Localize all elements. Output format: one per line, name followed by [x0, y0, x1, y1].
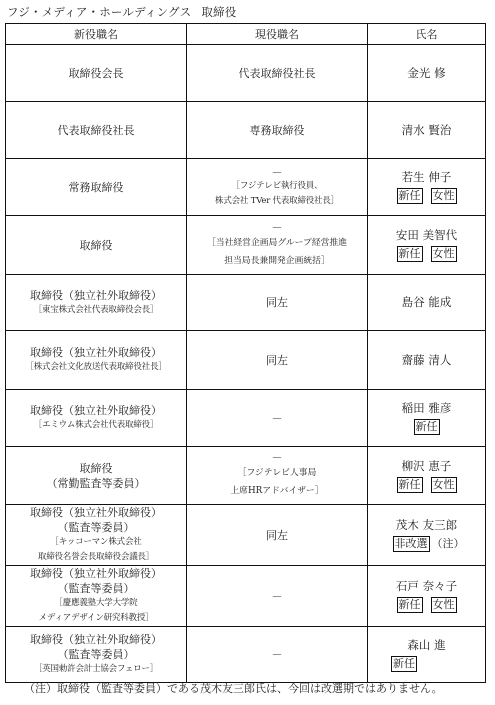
new-title-note: ［慶應義塾大学大学院 [6, 596, 186, 611]
new-title-cell: 取締役（独立社外取締役） （監査等委員） ［英国勅許会計士協会フェロー］ [6, 627, 187, 683]
new-appointment-badge: 新任 [397, 597, 423, 613]
footnote: （注）取締役（監査等委員）である茂木友三郎氏は、今回は改選期ではありません。 [24, 680, 443, 696]
new-title-note: ［株式会社文化放送代表取締役社長］ [6, 360, 186, 375]
female-badge: 女性 [431, 477, 457, 493]
badge-group: 新任女性 [368, 245, 485, 263]
name-cell: 石戸 奈々子 新任女性 [368, 566, 486, 627]
badge-group: 非改選（注） [368, 535, 485, 553]
current-title: 同左 [187, 353, 367, 368]
new-title: （監査等委員） [6, 581, 186, 596]
badge-group: 新任 [368, 655, 485, 673]
current-title: － [187, 221, 367, 234]
current-title-note: 株式会社 TVer 代表取締役社長］ [187, 194, 367, 209]
person-name: 若生 伸子 [368, 169, 485, 186]
header-current-title: 現役職名 [187, 24, 368, 45]
new-title-cell: 取締役会長 [6, 45, 187, 102]
person-name: 柳沢 恵子 [368, 458, 485, 475]
new-title-cell: 代表取締役社長 [6, 102, 187, 159]
current-title: － [187, 647, 367, 662]
badge-group: 新任女性 [368, 187, 485, 205]
new-appointment-badge: 新任 [391, 656, 417, 672]
current-title-cell: － [187, 390, 368, 447]
new-title: 取締役 [6, 238, 186, 253]
name-cell: 安田 美智代 新任女性 [368, 216, 486, 275]
current-title-cell: － ［フジテレビ執行役員、 株式会社 TVer 代表取締役社長］ [187, 159, 368, 216]
current-title-cell: 代表取締役社長 [187, 45, 368, 102]
current-title-note: 担当局長兼開発企画統括］ [187, 252, 367, 270]
new-title: 取締役（独立社外取締役） [6, 505, 186, 520]
name-cell: 島谷 能成 [368, 275, 486, 331]
header-new-title: 新役職名 [6, 24, 187, 45]
badge-group: 新任女性 [368, 476, 485, 494]
table-row: 取締役（独立社外取締役） （監査等委員） ［慶應義塾大学大学院 メディアデザイン… [6, 566, 486, 627]
header-name: 氏名 [368, 24, 486, 45]
new-title-cell: 取締役（独立社外取締役） （監査等委員） ［キッコーマン株式会社 取締役名誉会長… [6, 505, 187, 566]
table-row: 取締役会長 代表取締役社長 金光 修 [6, 45, 486, 102]
person-name: 齋藤 清人 [368, 352, 485, 369]
new-title-note: ［英国勅許会計士協会フェロー］ [6, 662, 186, 677]
new-appointment-badge: 新任 [414, 419, 440, 435]
name-cell: 清水 賢治 [368, 102, 486, 159]
current-title-cell: － ［フジテレビ人事局 上席HRアドバイザー］ [187, 447, 368, 505]
new-appointment-badge: 新任 [397, 477, 423, 493]
note-reference: （注） [432, 537, 465, 550]
current-title-note: 上席HRアドバイザー］ [187, 482, 367, 500]
new-title: （常勤監査等委員） [6, 476, 186, 491]
new-title-note: 取締役名誉会長取締役会議長］ [6, 550, 186, 565]
name-cell: 森山 進 新任 [368, 627, 486, 683]
new-title: 代表取締役社長 [6, 123, 186, 138]
current-title-cell: 同左 [187, 275, 368, 331]
table-row: 取締役（独立社外取締役） ［東宝株式会社代表取締役会長］ 同左 島谷 能成 [6, 275, 486, 331]
female-badge: 女性 [431, 188, 457, 204]
new-title-cell: 取締役（独立社外取締役） ［エミウム株式会社代表取締役］ [6, 390, 187, 447]
current-title-cell: 同左 [187, 331, 368, 390]
name-cell: 茂木 友三郎 非改選（注） [368, 505, 486, 566]
table-row: 取締役（独立社外取締役） （監査等委員） ［キッコーマン株式会社 取締役名誉会長… [6, 505, 486, 566]
table-row: 取締役（独立社外取締役） ［エミウム株式会社代表取締役］ － 稲田 雅彦 新任 [6, 390, 486, 447]
current-title: 同左 [187, 528, 367, 543]
new-title-note: ［キッコーマン株式会社 [6, 535, 186, 550]
name-cell: 柳沢 恵子 新任女性 [368, 447, 486, 505]
table-row: 取締役 （常勤監査等委員） － ［フジテレビ人事局 上席HRアドバイザー］ 柳沢… [6, 447, 486, 505]
current-title-cell: 同左 [187, 505, 368, 566]
new-title: 取締役（独立社外取締役） [6, 288, 186, 303]
current-title: 専務取締役 [187, 123, 367, 138]
name-cell: 金光 修 [368, 45, 486, 102]
current-title: － [187, 166, 367, 179]
new-title: （監査等委員） [6, 520, 186, 535]
table-row: 代表取締役社長 専務取締役 清水 賢治 [6, 102, 486, 159]
new-title-cell: 取締役（独立社外取締役） （監査等委員） ［慶應義塾大学大学院 メディアデザイン… [6, 566, 187, 627]
new-title: 取締役会長 [6, 66, 186, 81]
new-title-cell: 取締役（独立社外取締役） ［株式会社文化放送代表取締役社長］ [6, 331, 187, 390]
current-title-cell: － [187, 566, 368, 627]
new-title-note: メディアデザイン研究科教授］ [6, 611, 186, 626]
section-name: 取締役 [201, 5, 236, 19]
female-badge: 女性 [431, 597, 457, 613]
name-cell: 若生 伸子 新任女性 [368, 159, 486, 216]
table-row: 取締役（独立社外取締役） （監査等委員） ［英国勅許会計士協会フェロー］ － 森… [6, 627, 486, 683]
not-up-for-reelection-badge: 非改選 [393, 536, 430, 552]
name-cell: 齋藤 清人 [368, 331, 486, 390]
new-appointment-badge: 新任 [397, 246, 423, 262]
person-name: 石戸 奈々子 [368, 578, 485, 595]
current-title-note: ［フジテレビ執行役員、 [187, 179, 367, 194]
new-title: 常務取締役 [6, 180, 186, 195]
new-title-cell: 取締役 （常勤監査等委員） [6, 447, 187, 505]
table-row: 常務取締役 － ［フジテレビ執行役員、 株式会社 TVer 代表取締役社長］ 若… [6, 159, 486, 216]
person-name: 金光 修 [368, 65, 485, 82]
person-name: 森山 進 [368, 637, 485, 654]
badge-group: 新任女性 [368, 596, 485, 614]
current-title-cell: － ［当社経営企画局グループ経営推進 担当局長兼開発企画統括］ [187, 216, 368, 275]
current-title: － [187, 451, 367, 464]
table-row: 取締役 － ［当社経営企画局グループ経営推進 担当局長兼開発企画統括］ 安田 美… [6, 216, 486, 275]
female-badge: 女性 [431, 246, 457, 262]
badge-group: 新任 [368, 418, 485, 436]
current-title-cell: 専務取締役 [187, 102, 368, 159]
new-title: 取締役（独立社外取締役） [6, 566, 186, 581]
person-name: 稲田 雅彦 [368, 400, 485, 417]
current-title: 同左 [187, 295, 367, 310]
current-title-note: ［当社経営企画局グループ経営推進 [187, 234, 367, 252]
new-title-note: ［東宝株式会社代表取締役会長］ [6, 303, 186, 318]
table-row: 取締役（独立社外取締役） ［株式会社文化放送代表取締役社長］ 同左 齋藤 清人 [6, 331, 486, 390]
person-name: 清水 賢治 [368, 122, 485, 139]
company-name: フジ・メディア・ホールディングス [7, 5, 191, 19]
new-title-note: ［エミウム株式会社代表取締役］ [6, 418, 186, 433]
person-name: 安田 美智代 [368, 227, 485, 244]
new-appointment-badge: 新任 [397, 188, 423, 204]
current-title-cell: － [187, 627, 368, 683]
board-members-table: 新役職名 現役職名 氏名 取締役会長 代表取締役社長 金光 修 代表取締役社長 … [5, 23, 486, 683]
current-title: － [187, 589, 367, 604]
new-title: （監査等委員） [6, 647, 186, 662]
current-title: 代表取締役社長 [187, 66, 367, 81]
name-cell: 稲田 雅彦 新任 [368, 390, 486, 447]
document-title: フジ・メディア・ホールディングス取締役 [7, 4, 236, 20]
new-title-cell: 取締役（独立社外取締役） ［東宝株式会社代表取締役会長］ [6, 275, 187, 331]
table-header-row: 新役職名 現役職名 氏名 [6, 24, 486, 45]
person-name: 茂木 友三郎 [368, 517, 485, 534]
new-title: 取締役（独立社外取締役） [6, 345, 186, 360]
current-title: － [187, 411, 367, 426]
new-title: 取締役（独立社外取締役） [6, 403, 186, 418]
new-title: 取締役（独立社外取締役） [6, 632, 186, 647]
current-title-note: ［フジテレビ人事局 [187, 464, 367, 482]
new-title-cell: 常務取締役 [6, 159, 187, 216]
new-title-cell: 取締役 [6, 216, 187, 275]
new-title: 取締役 [6, 461, 186, 476]
person-name: 島谷 能成 [368, 294, 485, 311]
